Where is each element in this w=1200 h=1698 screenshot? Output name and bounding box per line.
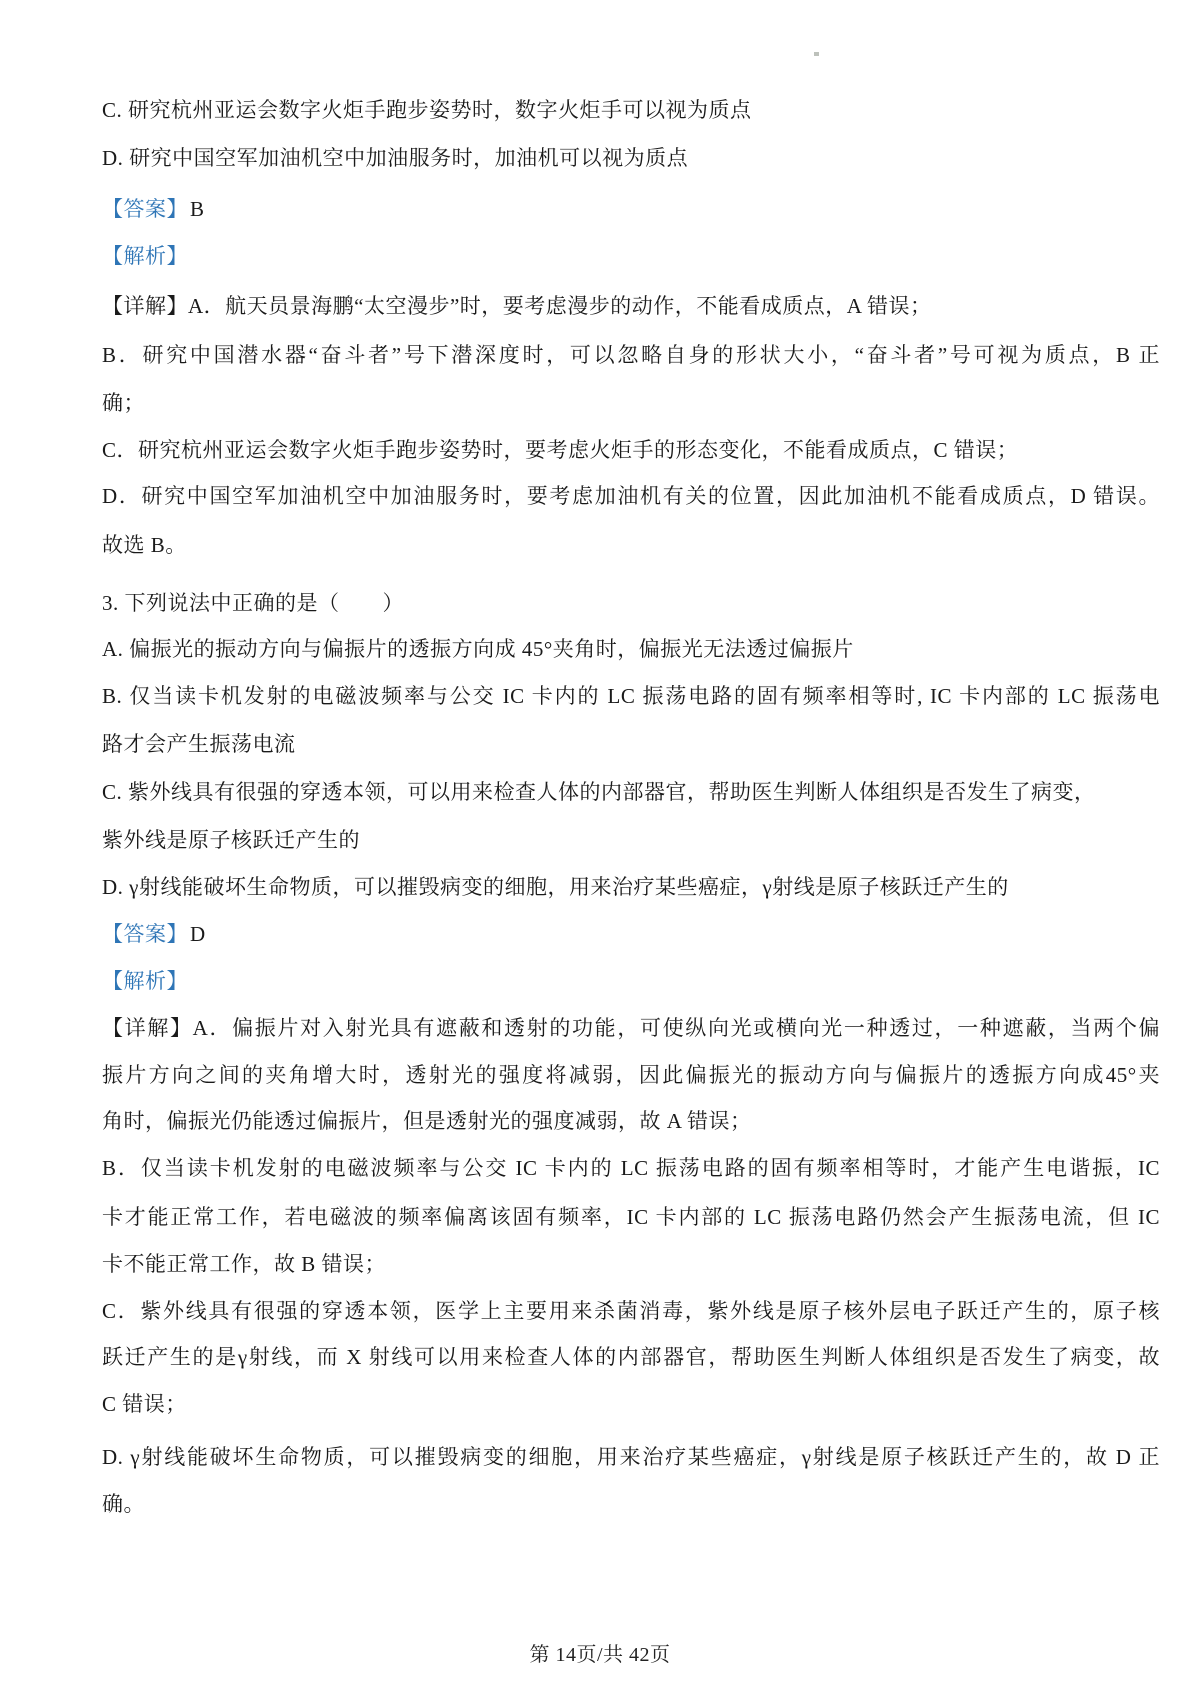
- line-text: 确。: [102, 1492, 145, 1516]
- line-text: 【详解】A．航天员景海鹏“太空漫步”时，要考虑漫步的动作，不能看成质点，A 错误…: [102, 294, 932, 318]
- text-line: 【解析】: [102, 968, 1160, 994]
- text-line: 路才会产生振荡电流: [102, 731, 1160, 757]
- text-line: 【答案】B: [102, 196, 1160, 222]
- analysis-label: 【解析】: [102, 244, 188, 268]
- line-text: 故选 B。: [102, 533, 187, 557]
- line-text: D．研究中国空军加油机空中加油服务时，要考虑加油机有关的位置，因此加油机不能看成…: [102, 484, 1160, 508]
- line-text: 确；: [102, 391, 145, 415]
- line-text: 路才会产生振荡电流: [102, 732, 296, 756]
- text-line: B．研究中国潜水器“奋斗者”号下潜深度时，可以忽略自身的形状大小，“奋斗者”号可…: [102, 342, 1160, 368]
- line-text: A. 偏振光的振动方向与偏振片的透振方向成 45°夹角时，偏振光无法透过偏振片: [102, 637, 854, 661]
- line-text: 3. 下列说法中正确的是（ ）: [102, 591, 404, 615]
- line-text: 【详解】A．偏振片对入射光具有遮蔽和透射的功能，可使纵向光或横向光一种透过，一种…: [102, 1016, 1160, 1040]
- text-line: 3. 下列说法中正确的是（ ）: [102, 590, 1160, 616]
- line-text: 紫外线是原子核跃迁产生的: [102, 828, 360, 852]
- text-line: C. 研究杭州亚运会数字火炬手跑步姿势时，数字火炬手可以视为质点: [102, 97, 1160, 123]
- text-line: D. 研究中国空军加油机空中加油服务时，加油机可以视为质点: [102, 145, 1160, 171]
- text-line: 跃迁产生的是γ射线，而 X 射线可以用来检查人体的内部器官，帮助医生判断人体组织…: [102, 1344, 1160, 1370]
- text-line: C．紫外线具有很强的穿透本领，医学上主要用来杀菌消毒，紫外线是原子核外层电子跃迁…: [102, 1298, 1160, 1324]
- line-text: C．研究杭州亚运会数字火炬手跑步姿势时，要考虑火炬手的形态变化，不能看成质点，C…: [102, 438, 1018, 462]
- answer-label: 【答案】: [102, 197, 188, 221]
- page-number-footer: 第 14页/共 42页: [0, 1638, 1200, 1667]
- text-line: C 错误；: [102, 1391, 1160, 1417]
- text-line: 卡才能正常工作，若电磁波的频率偏离该固有频率，IC 卡内部的 LC 振荡电路仍然…: [102, 1204, 1160, 1230]
- text-line: 振片方向之间的夹角增大时，透射光的强度将减弱，因此偏振光的振动方向与偏振片的透振…: [102, 1062, 1160, 1088]
- line-text: C．紫外线具有很强的穿透本领，医学上主要用来杀菌消毒，紫外线是原子核外层电子跃迁…: [102, 1299, 1160, 1323]
- text-line: 【详解】A．航天员景海鹏“太空漫步”时，要考虑漫步的动作，不能看成质点，A 错误…: [102, 293, 1160, 319]
- line-text: C. 紫外线具有很强的穿透本领，可以用来检查人体的内部器官，帮助医生判断人体组织…: [102, 780, 1096, 804]
- text-line: 确。: [102, 1491, 1160, 1517]
- line-text: C 错误；: [102, 1392, 187, 1416]
- text-line: 卡不能正常工作，故 B 错误；: [102, 1251, 1160, 1277]
- text-line: D. γ射线能破坏生命物质，可以摧毁病变的细胞，用来治疗某些癌症，γ射线是原子核…: [102, 874, 1160, 900]
- line-text: 卡不能正常工作，故 B 错误；: [102, 1252, 386, 1276]
- text-line: 故选 B。: [102, 532, 1160, 558]
- text-line: 角时，偏振光仍能透过偏振片，但是透射光的强度减弱，故 A 错误；: [102, 1108, 1160, 1134]
- line-text: 卡才能正常工作，若电磁波的频率偏离该固有频率，IC 卡内部的 LC 振荡电路仍然…: [102, 1205, 1160, 1229]
- line-text: C. 研究杭州亚运会数字火炬手跑步姿势时，数字火炬手可以视为质点: [102, 98, 752, 122]
- text-line: 【详解】A．偏振片对入射光具有遮蔽和透射的功能，可使纵向光或横向光一种透过，一种…: [102, 1015, 1160, 1041]
- line-text: D. γ射线能破坏生命物质，可以摧毁病变的细胞，用来治疗某些癌症，γ射线是原子核…: [102, 875, 1009, 899]
- line-text: B. 仅当读卡机发射的电磁波频率与公交 IC 卡内的 LC 振荡电路的固有频率相…: [102, 684, 1160, 708]
- line-text: 跃迁产生的是γ射线，而 X 射线可以用来检查人体的内部器官，帮助医生判断人体组织…: [102, 1345, 1160, 1369]
- line-text: D. 研究中国空军加油机空中加油服务时，加油机可以视为质点: [102, 146, 688, 170]
- text-line: C．研究杭州亚运会数字火炬手跑步姿势时，要考虑火炬手的形态变化，不能看成质点，C…: [102, 437, 1160, 463]
- line-text: 角时，偏振光仍能透过偏振片，但是透射光的强度减弱，故 A 错误；: [102, 1109, 752, 1133]
- analysis-label: 【解析】: [102, 969, 188, 993]
- text-line: B．仅当读卡机发射的电磁波频率与公交 IC 卡内的 LC 振荡电路的固有频率相等…: [102, 1155, 1160, 1181]
- line-text: 振片方向之间的夹角增大时，透射光的强度将减弱，因此偏振光的振动方向与偏振片的透振…: [102, 1063, 1160, 1087]
- line-text: B．仅当读卡机发射的电磁波频率与公交 IC 卡内的 LC 振荡电路的固有频率相等…: [102, 1156, 1160, 1180]
- text-line: 紫外线是原子核跃迁产生的: [102, 827, 1160, 853]
- text-layer: C. 研究杭州亚运会数字火炬手跑步姿势时，数字火炬手可以视为质点D. 研究中国空…: [0, 0, 1200, 1698]
- answer-label: 【答案】: [102, 922, 188, 946]
- text-line: 确；: [102, 390, 1160, 416]
- line-text: D. γ射线能破坏生命物质，可以摧毁病变的细胞，用来治疗某些癌症，γ射线是原子核…: [102, 1445, 1160, 1469]
- text-line: C. 紫外线具有很强的穿透本领，可以用来检查人体的内部器官，帮助医生判断人体组织…: [102, 779, 1160, 805]
- text-line: 【解析】: [102, 243, 1160, 269]
- text-line: D．研究中国空军加油机空中加油服务时，要考虑加油机有关的位置，因此加油机不能看成…: [102, 483, 1160, 509]
- text-line: D. γ射线能破坏生命物质，可以摧毁病变的细胞，用来治疗某些癌症，γ射线是原子核…: [102, 1444, 1160, 1470]
- text-line: A. 偏振光的振动方向与偏振片的透振方向成 45°夹角时，偏振光无法透过偏振片: [102, 636, 1160, 662]
- text-line: 【答案】D: [102, 921, 1160, 947]
- line-text: B．研究中国潜水器“奋斗者”号下潜深度时，可以忽略自身的形状大小，“奋斗者”号可…: [102, 343, 1160, 367]
- text-line: B. 仅当读卡机发射的电磁波频率与公交 IC 卡内的 LC 振荡电路的固有频率相…: [102, 683, 1160, 709]
- line-text: D: [190, 922, 206, 946]
- line-text: B: [190, 197, 205, 221]
